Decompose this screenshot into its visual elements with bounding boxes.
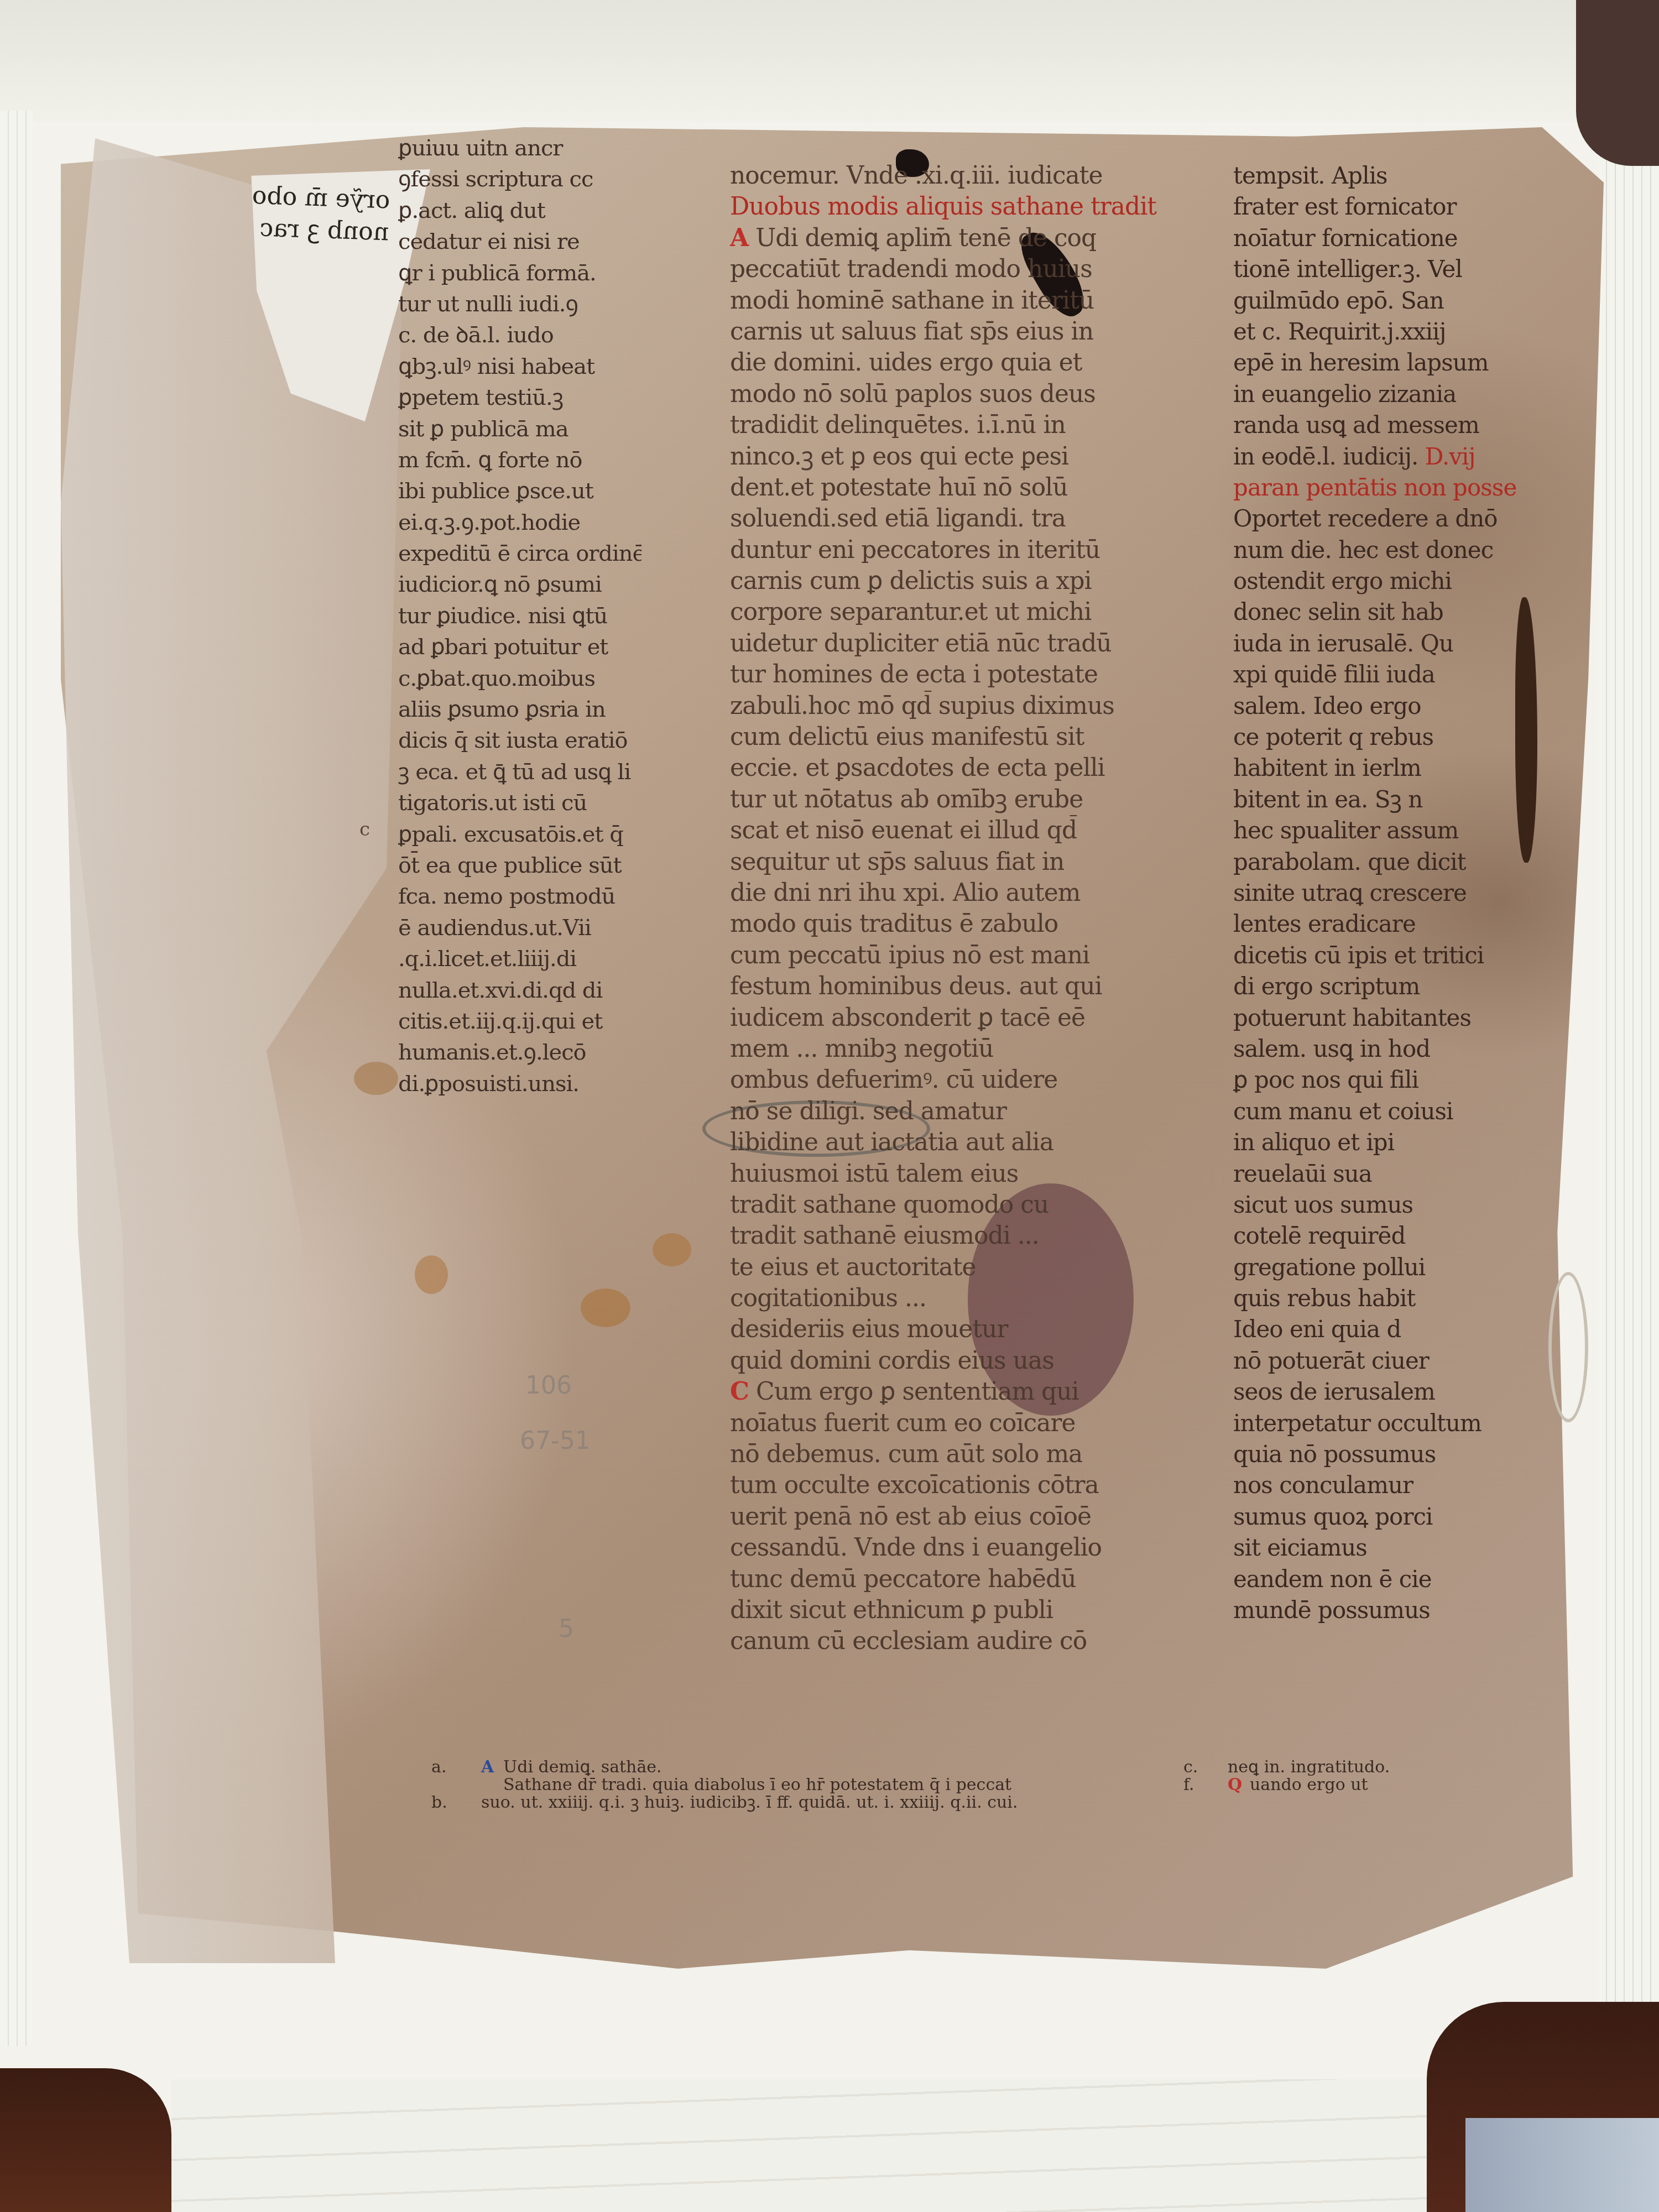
- footnote-text: Sathane dr̄ tradi. quia diabolus ī eo hr…: [503, 1776, 1011, 1794]
- text-line: uidetur dupliciter etiā nūc tradū: [730, 628, 1183, 659]
- pencil-note: 67-51: [520, 1427, 591, 1455]
- text-line: cessandū. Vnde dns i euangelio: [730, 1532, 1183, 1563]
- text-line: carnis ut saluus fiat sp̄s eius in: [730, 316, 1183, 347]
- text-line: Oportet recedere a dnō: [1233, 503, 1559, 534]
- text-line: duntur eni peccatores in iteritū: [730, 535, 1183, 566]
- text-line: A Udi demiꝗ aplim̄ tenē de coq: [730, 223, 1183, 254]
- text-line: guilmūdo epō. San: [1233, 285, 1559, 316]
- text-line: sit ꝑ publicā ma: [398, 414, 641, 445]
- text-line: salem. Ideo ergo: [1233, 691, 1559, 722]
- text-line: noīatus fuerit cum eo coīcare: [730, 1408, 1183, 1439]
- gloss-footnotes: a. A Udi demiꝗ. sathāe. c. neꝗ in. ingra…: [431, 1759, 1454, 1812]
- text-line: cum delictū eius manifestū sit: [730, 722, 1183, 753]
- text-line: festum hominibus deus. aut qui: [730, 971, 1183, 1002]
- text-line: cogitationibus ...: [730, 1283, 1183, 1314]
- footnote-row: b. suo. ut. xxiiij. q.i. ꝫ huiꝫ. iudicib…: [431, 1794, 1454, 1812]
- text-line: salem. usꝗ in hod: [1233, 1034, 1559, 1065]
- text-line: dicis q̄ sit iusta eratiō: [398, 725, 641, 756]
- footnote-row: Sathane dr̄ tradi. quia diabolus ī eo hr…: [431, 1776, 1454, 1794]
- text-column-center: nocemur. Vnde .xi.q.iii. iudicate Duobus…: [730, 160, 1183, 1657]
- text-line: ad ꝑbari potuitur et: [398, 632, 641, 662]
- text-line: cum peccatū ipius nō est mani: [730, 940, 1183, 971]
- text-line: eandem non ē cie: [1233, 1564, 1559, 1595]
- text-line: randa usꝗ ad messem: [1233, 410, 1559, 441]
- text-line: modo nō solū paplos suos deus: [730, 379, 1183, 410]
- text-line: noīatur fornicatione: [1233, 223, 1559, 254]
- text-line: iudicior.ꝗ nō ꝑsumi: [398, 569, 641, 600]
- folder-edge-left: [0, 111, 33, 2046]
- text-line: in euangelio zizania: [1233, 379, 1559, 410]
- text-line: aliis ꝑsumo ꝑsria in: [398, 694, 641, 725]
- text-line: modo quis traditus ē zabulo: [730, 909, 1183, 940]
- text-line: di.ꝑposuisti.unsi.: [398, 1068, 641, 1099]
- text-line: tigatoris.ut isti cū: [398, 787, 641, 818]
- text-line: seos de ierusalem: [1233, 1376, 1559, 1407]
- text-line: mem ... mnibꝫ negotiū: [730, 1034, 1183, 1065]
- text-line: in eodē.l. iudicij. D.vij: [1233, 441, 1559, 472]
- text-line: dixit sicut ethnicum ꝑ publi: [730, 1595, 1183, 1626]
- rubric-heading: Duobus modis aliquis sathane tradit: [730, 191, 1183, 222]
- text-line: corpore separantur.et ut michi: [730, 597, 1183, 628]
- text-line: scat et nisō euenat ei illud qd̄: [730, 815, 1183, 846]
- rubric-reference: D.vij: [1425, 443, 1475, 470]
- wood-surface-top-right: [1576, 0, 1659, 166]
- margin-letter: c: [359, 818, 370, 841]
- text-line: dicetis cū ipis et tritici: [1233, 940, 1559, 971]
- text-line: lentes eradicare: [1233, 909, 1559, 940]
- text-line: ꝯfessi scriptura cc: [398, 164, 641, 195]
- red-initial: Q: [1228, 1776, 1242, 1794]
- text-line: uerit penā nō est ab eius coīoē: [730, 1501, 1183, 1532]
- text-line: ꝑ poc nos qui fili: [1233, 1065, 1559, 1095]
- wood-surface-left: [0, 2068, 171, 2212]
- text-line: xpi quidē filii iuda: [1233, 659, 1559, 690]
- text-line: Ideo eni quia d: [1233, 1314, 1559, 1345]
- text-line: te eius et auctoritate: [730, 1252, 1183, 1283]
- text-line: sumus quoꝝ porci: [1233, 1501, 1559, 1532]
- folder-edge-right: [1598, 111, 1659, 2046]
- text-line: c. de ꝺā.l. iudo: [398, 320, 641, 351]
- text-line: nō potuerāt ciuer: [1233, 1345, 1559, 1376]
- text-line: ostendit ergo michi: [1233, 566, 1559, 597]
- text-line: tur ut nōtatus ab omībꝫ erube: [730, 784, 1183, 815]
- rubric-heading: paran pentātis non posse: [1233, 472, 1559, 503]
- text-line: nō se diligi. sed amatur: [730, 1096, 1183, 1127]
- text-line: bitent in ea. Sꝫ n: [1233, 784, 1559, 815]
- footnote-text: neꝗ in. ingratitudo.: [1228, 1759, 1390, 1776]
- footnote-letter: f.: [1183, 1776, 1194, 1794]
- text-line: iudicem absconderit ꝑ tacē eē: [730, 1003, 1183, 1034]
- footnote-text: Udi demiꝗ. sathāe.: [503, 1759, 662, 1776]
- text-line: die domini. uides ergo quia et: [730, 347, 1183, 378]
- text-line: desideriis eius mouetur: [730, 1314, 1183, 1345]
- text-line: donec selin sit hab: [1233, 597, 1559, 628]
- text-line: fca. nemo postmodū: [398, 881, 641, 912]
- text-line: C Cum ergo ꝑ sententiam qui: [730, 1376, 1183, 1407]
- text-line: ꝑuiuu uitn ancr: [398, 133, 641, 164]
- text-line: zabuli.hoc mō qd̄ supius diximus: [730, 691, 1183, 722]
- text-line: hec spualiter assum: [1233, 815, 1559, 846]
- text-line: ninco.ꝫ et ꝑ eos qui ecte ꝑesi: [730, 441, 1183, 472]
- text-line: ē audiendus.ut.Vii: [398, 912, 641, 943]
- text-line-content: Udi demiꝗ aplim̄ tenē de coq: [755, 224, 1096, 252]
- text-line: ꝑpetem testiū.ꝫ: [398, 382, 641, 413]
- text-line: num die. hec est donec: [1233, 535, 1559, 566]
- text-line: in aliquo et ipi: [1233, 1127, 1559, 1158]
- text-line: ei.q.ꝫ.ꝯ.pot.hodie: [398, 507, 641, 538]
- text-line: m fcm̄. ꝗ forte nō: [398, 445, 641, 476]
- scrap-line: orỹe m̄ obo: [252, 181, 390, 215]
- text-line: frater est fornicator: [1233, 191, 1559, 222]
- footnote-text: uando ergo ut: [1250, 1776, 1368, 1794]
- text-line: et c. Requirit.j.xxiij: [1233, 316, 1559, 347]
- text-line: dent.et potestate huī nō solū: [730, 472, 1183, 503]
- decorated-initial: A: [730, 224, 748, 252]
- footnote-letter: a.: [431, 1759, 446, 1776]
- text-line: soluendi.sed etiā ligandi. tra: [730, 503, 1183, 534]
- foxing-spot: [653, 1233, 691, 1266]
- text-line: epē in heresim lapsum: [1233, 347, 1559, 378]
- text-line: tionē intelliger.ꝫ. Vel: [1233, 254, 1559, 285]
- footnote-letter: c.: [1183, 1759, 1198, 1776]
- text-line: ombus defuerimꝰ. cū uidere: [730, 1065, 1183, 1095]
- text-line: nos conculamur: [1233, 1470, 1559, 1501]
- text-line: eccie. et ꝑsacdotes de ecta pelli: [730, 753, 1183, 784]
- text-line: tradit sathane quomodo cu: [730, 1190, 1183, 1220]
- text-line: carnis cum ꝑ delictis suis a xpi: [730, 566, 1183, 597]
- text-column-left: ꝑuiuu uitn ancr ꝯfessi scriptura cc ꝑ.ac…: [398, 133, 641, 1099]
- foxing-spot: [354, 1062, 398, 1095]
- text-line: tempsit. Aplis: [1233, 160, 1559, 191]
- pencil-note: 106: [525, 1371, 572, 1400]
- text-line: peccatiūt tradendi modo huius: [730, 254, 1183, 285]
- blue-initial: A: [481, 1759, 494, 1776]
- text-line: gregatione pollui: [1233, 1252, 1559, 1283]
- text-line: ōt̄ ea que publice sūt: [398, 850, 641, 881]
- metal-object: [1465, 2118, 1659, 2212]
- text-line: quia nō possumus: [1233, 1439, 1559, 1470]
- text-line: sinite utraꝗ crescere: [1233, 878, 1559, 909]
- text-line: mundē possumus: [1233, 1595, 1559, 1626]
- foxing-spot: [415, 1255, 448, 1294]
- text-line: habitent in ierlm: [1233, 753, 1559, 784]
- text-line: di ergo scriptum: [1233, 971, 1559, 1002]
- text-line: libidine aut iactatia aut alia: [730, 1127, 1183, 1158]
- foxing-spot: [581, 1288, 630, 1327]
- text-line: quid domini cordis eius uas: [730, 1345, 1183, 1376]
- text-line: die dni nri ihu xpi. Alio autem: [730, 878, 1183, 909]
- text-line: tunc demū peccatore habēdū: [730, 1564, 1183, 1595]
- text-line: tur homines de ecta i potestate: [730, 659, 1183, 690]
- text-line: expeditū ē circa ordinē: [398, 538, 641, 569]
- text-line: ꝑ.act. aliꝗ dut: [398, 195, 641, 226]
- footnote-letter: b.: [431, 1794, 447, 1812]
- text-column-right: tempsit. Aplis frater est fornicator noī…: [1233, 160, 1559, 1626]
- text-line: tum occulte excoīcationis cōtra: [730, 1470, 1183, 1501]
- text-line: parabolam. que dicit: [1233, 847, 1559, 878]
- footnote-row: a. A Udi demiꝗ. sathāe. c. neꝗ in. ingra…: [431, 1759, 1454, 1776]
- text-line: humanis.et.ꝯ.lecō: [398, 1037, 641, 1068]
- folder-top-background: [0, 0, 1659, 122]
- text-line: huiusmoi istū talem eius: [730, 1159, 1183, 1190]
- folder-bottom: [171, 2079, 1438, 2212]
- text-line: ꝗbꝫ.ulꝰ nisi habeat: [398, 351, 641, 382]
- text-line: tradit sathanē eiusmodi ...: [730, 1220, 1183, 1251]
- text-line: sit eiciamus: [1233, 1532, 1559, 1563]
- text-line: tradidit delinquētes. i.ī.nū in: [730, 410, 1183, 441]
- text-line-content: in eodē.l. iudicij.: [1233, 443, 1418, 470]
- text-line: sicut uos sumus: [1233, 1190, 1559, 1220]
- text-line: .q.i.licet.et.liiij.di: [398, 943, 641, 974]
- text-line: reuelaūi sua: [1233, 1159, 1559, 1190]
- text-line: modi hominē sathane in iteritū: [730, 285, 1183, 316]
- text-line: iuda in ierusalē. Qu: [1233, 628, 1559, 659]
- text-line: nocemur. Vnde .xi.q.iii. iudicate: [730, 160, 1183, 191]
- footnote-text: suo. ut. xxiiij. q.i. ꝫ huiꝫ. iudicibꝫ. …: [481, 1794, 1018, 1812]
- text-line: c.ꝑbat.quo.moibus: [398, 663, 641, 694]
- text-line: interpetatur occultum: [1233, 1408, 1559, 1439]
- text-line: nō debemus. cum aūt solo ma: [730, 1439, 1183, 1470]
- text-line: cedatur ei nisi re: [398, 226, 641, 257]
- text-line: quis rebus habit: [1233, 1283, 1559, 1314]
- paragraph-mark: C: [730, 1378, 749, 1406]
- text-line: canum cū ecclesiam audire cō: [730, 1626, 1183, 1657]
- text-line: nulla.et.xvi.di.qd di: [398, 975, 641, 1006]
- text-line: tur ut nulli iudi.ꝯ: [398, 289, 641, 320]
- text-line: citis.et.iij.q.ij.qui et: [398, 1006, 641, 1037]
- text-line: tur ꝑiudice. nisi ꝗtū: [398, 601, 641, 632]
- text-line: ꝗr i publicā formā.: [398, 258, 641, 289]
- text-line: sequitur ut sp̄s saluus fiat in: [730, 847, 1183, 878]
- pencil-note: 5: [559, 1615, 574, 1643]
- text-line: ce poterit q rebus: [1233, 722, 1559, 753]
- text-line: ꝫ eca. et ꝗ̄ tū ad usꝗ li: [398, 757, 641, 787]
- text-line: ibi publice ꝑsce.ut: [398, 476, 641, 507]
- text-line: cotelē requirēd: [1233, 1220, 1559, 1251]
- text-line: potuerunt habitantes: [1233, 1003, 1559, 1034]
- text-line-content: Cum ergo ꝑ sententiam qui: [756, 1378, 1079, 1406]
- text-line: ꝑpali. excusatōis.et q̄: [398, 819, 641, 850]
- text-line: cum manu et coiusi: [1233, 1096, 1559, 1127]
- scrap-line: nonb ꝫ rac: [259, 213, 389, 246]
